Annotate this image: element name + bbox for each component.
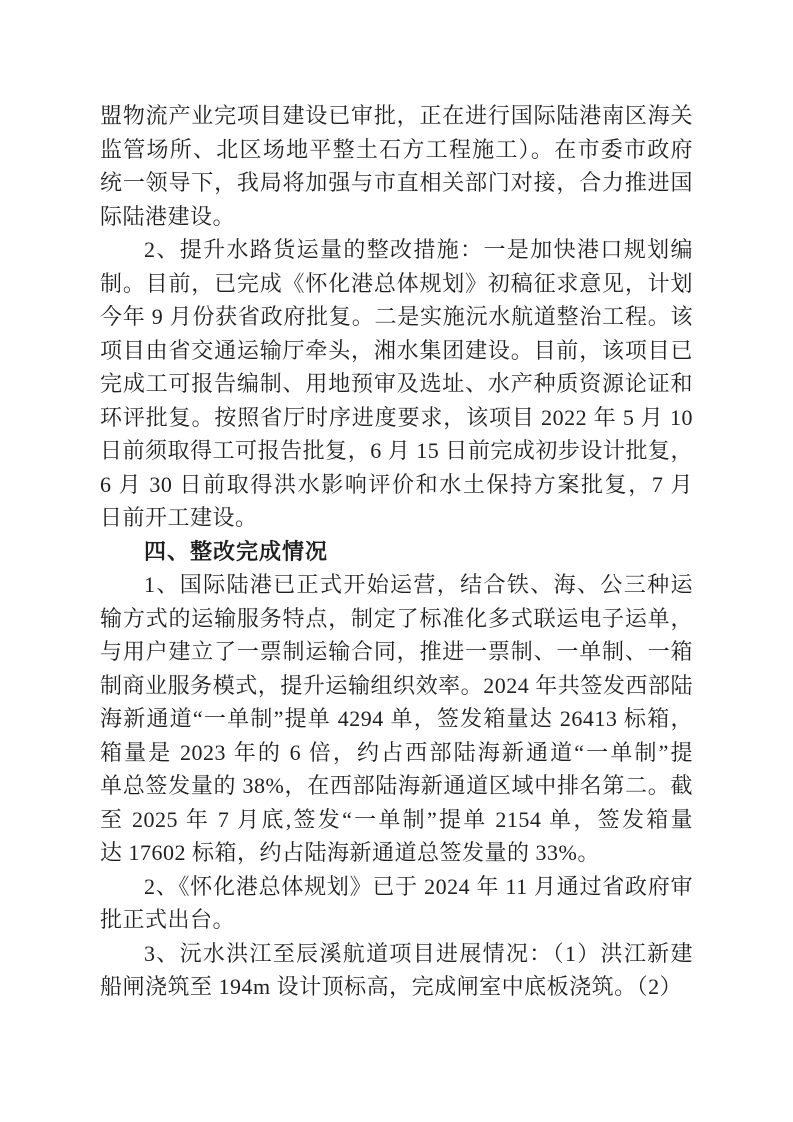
text-line: 制。目前，已完成《怀化港总体规划》初稿征求意见，计划 [100,267,693,301]
text-line: 批正式出台。 [100,903,693,937]
text-line: 日前开工建设。 [100,501,693,535]
section-heading: 四、整改完成情况 [100,535,693,569]
text-line: 至 2025 年 7 月底,签发“一单制”提单 2154 单，签发箱量 [100,803,693,837]
text-line: 单总签发量的 38%，在西部陆海新通道区域中排名第二。截 [100,769,693,803]
text-line: 监管场所、北区场地平整土石方工程施工）。在市委市政府 [100,133,693,167]
text-line: 与用户建立了一票制运输合同，推进一票制、一单制、一箱 [100,635,693,669]
text-line: 船闸浇筑至 194m 设计顶标高，完成闸室中底板浇筑。（2） [100,970,693,1004]
text-line: 2、《怀化港总体规划》已于 2024 年 11 月通过省政府审 [100,870,693,904]
text-line: 箱量是 2023 年的 6 倍，约占西部陆海新通道“一单制”提 [100,736,693,770]
text-line: 环评批复。按照省厅时序进度要求，该项目 2022 年 5 月 10 [100,401,693,435]
document-page: 盟物流产业完项目建设已审批，正在进行国际陆港南区海关 监管场所、北区场地平整土石… [0,0,793,1122]
text-line: 6 月 30 日前取得洪水影响评价和水土保持方案批复，7 月 31 [100,468,693,502]
text-line: 1、国际陆港已正式开始运营，结合铁、海、公三种运 [100,568,693,602]
text-line: 输方式的运输服务特点，制定了标准化多式联运电子运单， [100,602,693,636]
text-line: 日前须取得工可报告批复，6 月 15 日前完成初步设计批复， [100,434,693,468]
text-line: 际陆港建设。 [100,200,693,234]
text-line: 2、提升水路货运量的整改措施：一是加快港口规划编 [100,233,693,267]
text-line: 项目由省交通运输厅牵头，湘水集团建设。目前，该项目已 [100,334,693,368]
page-body: 盟物流产业完项目建设已审批，正在进行国际陆港南区海关 监管场所、北区场地平整土石… [100,99,693,1004]
text-line: 今年 9 月份获省政府批复。二是实施沅水航道整治工程。该 [100,300,693,334]
text-line: 制商业服务模式，提升运输组织效率。2024 年共签发西部陆 [100,669,693,703]
text-line: 盟物流产业完项目建设已审批，正在进行国际陆港南区海关 [100,99,693,133]
text-line: 海新通道“一单制”提单 4294 单，签发箱量达 26413 标箱， [100,702,693,736]
text-line: 完成工可报告编制、用地预审及选址、水产种质资源论证和 [100,367,693,401]
text-line: 3、沅水洪江至辰溪航道项目进展情况：（1）洪江新建 [100,937,693,971]
text-line: 统一领导下，我局将加强与市直相关部门对接，合力推进国 [100,166,693,200]
text-line: 达 17602 标箱，约占陆海新通道总签发量的 33%。 [100,836,693,870]
